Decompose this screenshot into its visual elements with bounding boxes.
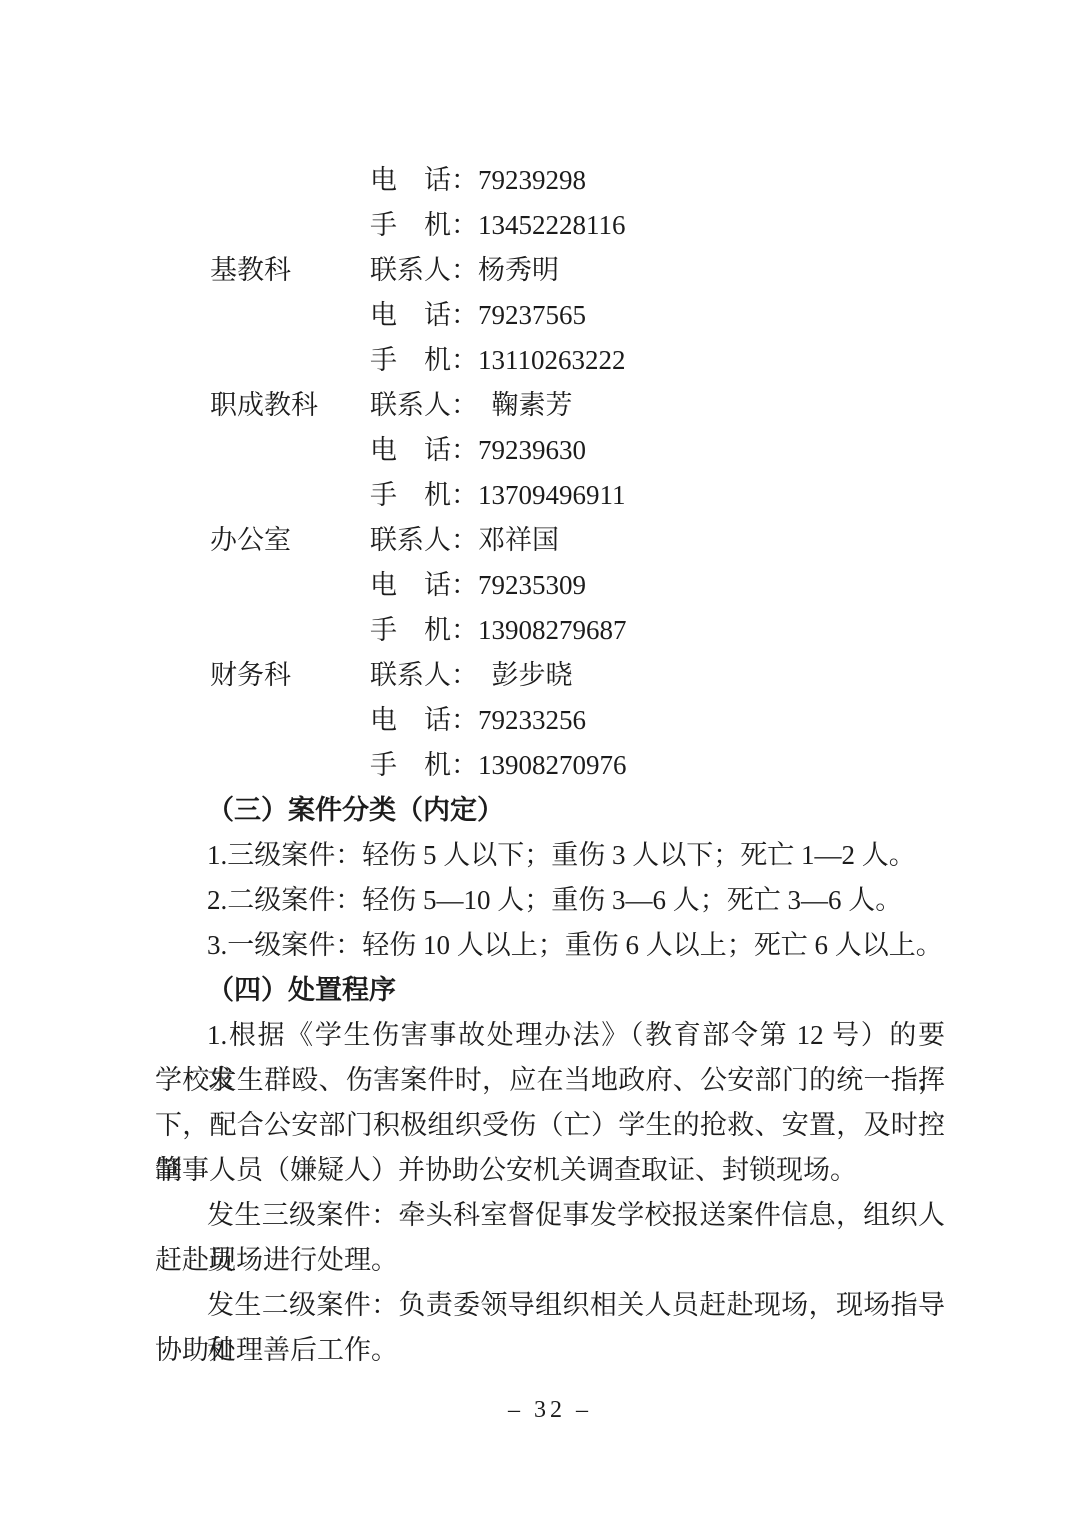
paragraph-line: 发生三级案件：牵头科室督促事发学校报送案件信息，组织人员 (155, 1193, 945, 1238)
contact-label: 电 话： (370, 300, 478, 330)
contact-value: 79233256 (478, 705, 586, 735)
contact-label: 联系人： (370, 525, 478, 555)
contact-row: 手 机：13709496911 (155, 473, 945, 518)
paragraph-line: 学校发生群殴、伤害案件时，应在当地政府、公安部门的统一指挥 (155, 1058, 945, 1103)
contact-row: 职成教科 联系人： 鞠素芳 (155, 383, 945, 428)
department-name (155, 608, 370, 653)
contact-label: 手 机： (370, 210, 478, 240)
page-number: – 32 – (155, 1390, 945, 1430)
contact-value: 彭步晓 (465, 660, 573, 690)
department-name (155, 743, 370, 788)
contact-row: 手 机：13908279687 (155, 608, 945, 653)
department-name: 财务科 (155, 653, 370, 698)
contact-label: 联系人： (370, 255, 478, 285)
contact-value: 13908270976 (478, 750, 627, 780)
department-name (155, 698, 370, 743)
contact-value: 79239630 (478, 435, 586, 465)
section-heading-4: （四）处置程序 (155, 968, 945, 1013)
contact-row: 电 话：79233256 (155, 698, 945, 743)
contact-row: 手 机：13110263222 (155, 338, 945, 383)
paragraph-line: 发生二级案件：负责委领导组织相关人员赶赴现场，现场指导和 (155, 1283, 945, 1328)
contact-value: 79239298 (478, 165, 586, 195)
contact-row: 电 话：79237565 (155, 293, 945, 338)
paragraph-line: 赶赴现场进行处理。 (155, 1238, 945, 1283)
contact-label: 联系人： (370, 660, 465, 690)
contact-row: 电 话：79235309 (155, 563, 945, 608)
contact-value: 79237565 (478, 300, 586, 330)
contact-value: 79235309 (478, 570, 586, 600)
department-name (155, 338, 370, 383)
department-name: 基教科 (155, 248, 370, 293)
contact-label: 电 话： (370, 570, 478, 600)
case-level-item: 2.二级案件：轻伤 5—10 人；重伤 3—6 人；死亡 3—6 人。 (155, 878, 945, 923)
paragraph-line: 下，配合公安部门积极组织受伤（亡）学生的抢救、安置，及时控制 (155, 1103, 945, 1148)
contact-label: 联系人： (370, 390, 465, 420)
contact-label: 电 话： (370, 435, 478, 465)
paragraph-3: 发生二级案件：负责委领导组织相关人员赶赴现场，现场指导和 协助处理善后工作。 (155, 1283, 945, 1373)
contact-label: 电 话： (370, 165, 478, 195)
contact-value: 邓祥国 (478, 525, 559, 555)
department-name (155, 293, 370, 338)
department-name (155, 563, 370, 608)
contact-table: 电 话：79239298 手 机：13452228116 基教科 联系人：杨秀明… (155, 158, 945, 788)
contact-label: 手 机： (370, 480, 478, 510)
department-name: 职成教科 (155, 383, 370, 428)
contact-value: 13110263222 (478, 345, 626, 375)
paragraph-1: 1.根据《学生伤害事故处理办法》（教育部令第 12 号）的要求， 学校发生群殴、… (155, 1013, 945, 1193)
document-body: 电 话：79239298 手 机：13452228116 基教科 联系人：杨秀明… (155, 158, 945, 1373)
paragraph-line: 协助处理善后工作。 (155, 1328, 945, 1373)
contact-value: 13452228116 (478, 210, 626, 240)
contact-row: 手 机：13908270976 (155, 743, 945, 788)
contact-value: 13908279687 (478, 615, 627, 645)
contact-row: 电 话：79239298 (155, 158, 945, 203)
case-level-item: 3.一级案件：轻伤 10 人以上；重伤 6 人以上；死亡 6 人以上。 (155, 923, 945, 968)
department-name (155, 158, 370, 203)
contact-label: 手 机： (370, 615, 478, 645)
department-name: 办公室 (155, 518, 370, 563)
contact-row: 手 机：13452228116 (155, 203, 945, 248)
section-heading-3: （三）案件分类（内定） (155, 788, 945, 833)
contact-label: 手 机： (370, 345, 478, 375)
contact-row: 基教科 联系人：杨秀明 (155, 248, 945, 293)
contact-value: 鞠素芳 (465, 390, 573, 420)
contact-row: 电 话：79239630 (155, 428, 945, 473)
contact-row: 财务科 联系人： 彭步晓 (155, 653, 945, 698)
document-page: 电 话：79239298 手 机：13452228116 基教科 联系人：杨秀明… (0, 0, 1074, 1520)
contact-label: 电 话： (370, 705, 478, 735)
contact-row: 办公室 联系人：邓祥国 (155, 518, 945, 563)
contact-value: 杨秀明 (478, 255, 559, 285)
department-name (155, 428, 370, 473)
case-level-item: 1.三级案件：轻伤 5 人以下；重伤 3 人以下；死亡 1—2 人。 (155, 833, 945, 878)
paragraph-line: 肇事人员（嫌疑人）并协助公安机关调查取证、封锁现场。 (155, 1148, 945, 1193)
paragraph-line: 1.根据《学生伤害事故处理办法》（教育部令第 12 号）的要求， (155, 1013, 945, 1058)
contact-value: 13709496911 (478, 480, 626, 510)
contact-label: 手 机： (370, 750, 478, 780)
department-name (155, 203, 370, 248)
paragraph-2: 发生三级案件：牵头科室督促事发学校报送案件信息，组织人员 赶赴现场进行处理。 (155, 1193, 945, 1283)
department-name (155, 473, 370, 518)
